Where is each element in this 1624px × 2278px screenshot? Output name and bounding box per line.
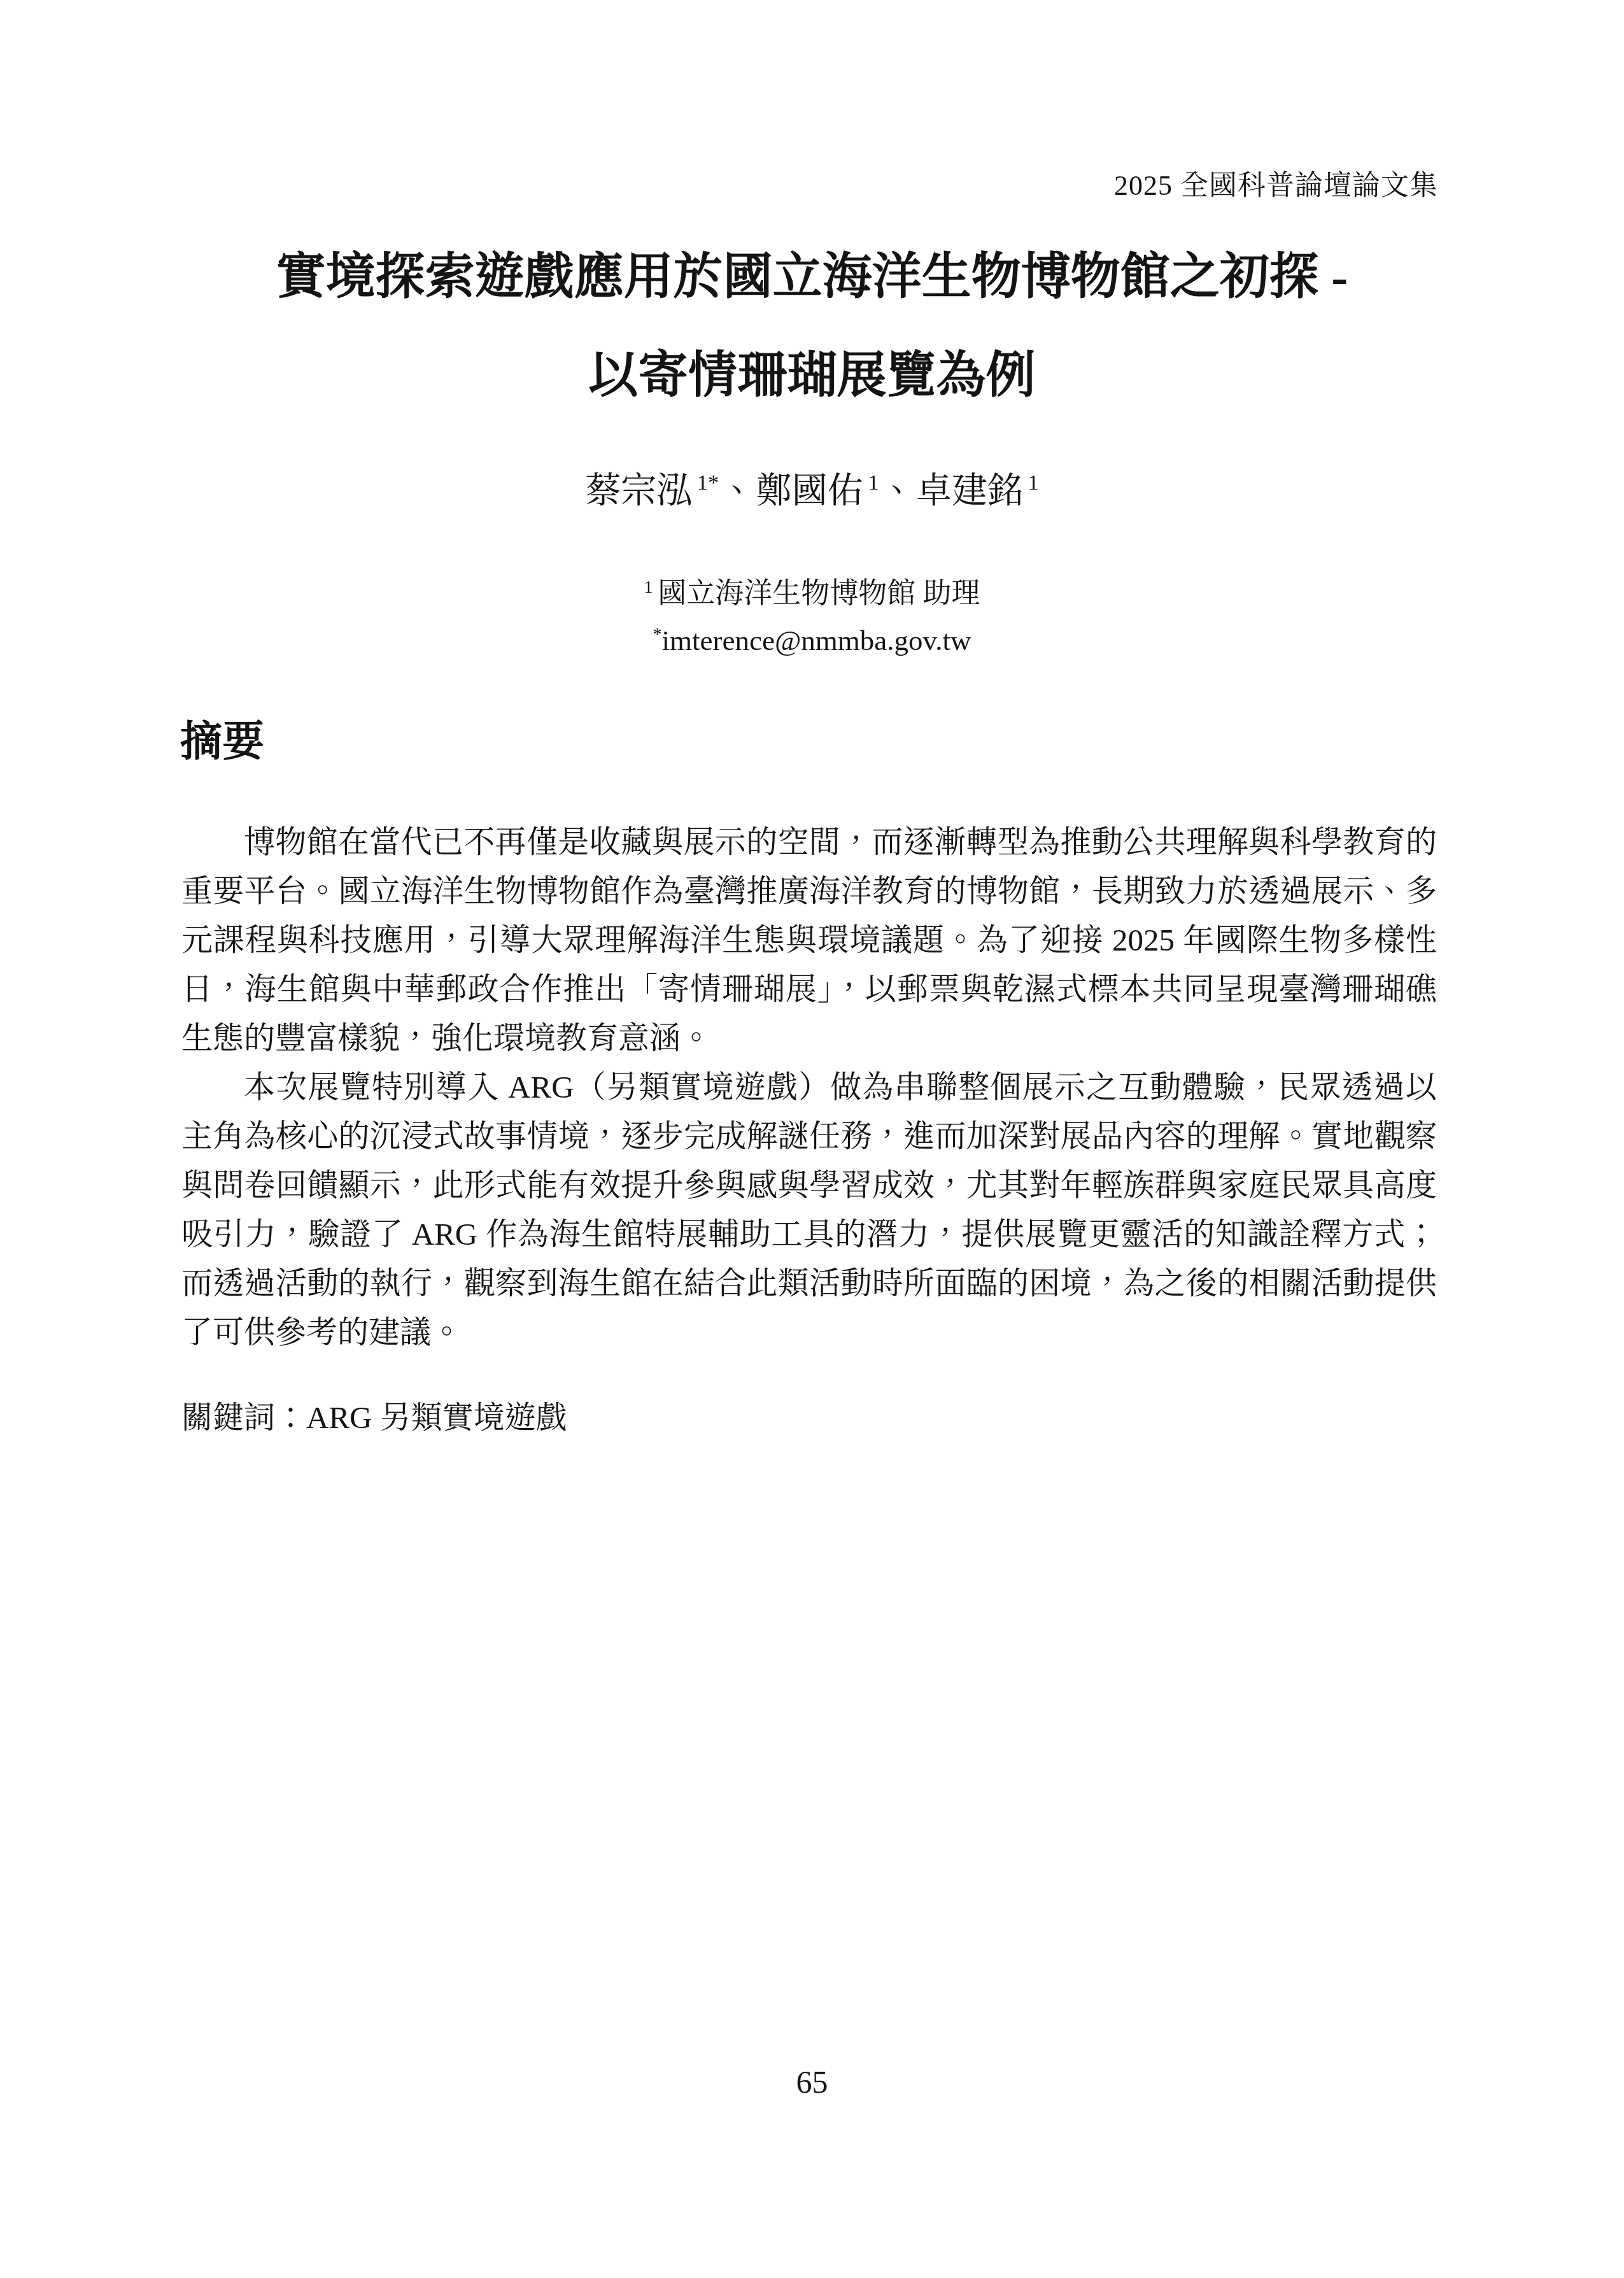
abstract-paragraph-2: 本次展覽特別導入 ARG（另類實境遊戲）做為串聯整個展示之互動體驗，民眾透過以主… (181, 1063, 1437, 1357)
author-3-name: 卓建銘 (916, 471, 1023, 511)
email-marker: * (653, 625, 662, 644)
author-3: 卓建銘1 (916, 471, 1039, 511)
paper-title-line-2: 以寄情珊瑚展覽為例 (0, 326, 1624, 425)
author-list: 蔡宗泓1*、鄭國佑1、卓建銘1 (0, 455, 1624, 518)
author-1: 蔡宗泓1* (585, 471, 719, 511)
affiliation-line: 1國立海洋生物博物館 助理 (0, 567, 1624, 614)
author-2-name: 鄭國佑 (756, 471, 863, 511)
keywords-line: 關鍵詞：ARG 另類實境遊戲 (181, 1393, 567, 1442)
keywords-label: 關鍵詞： (181, 1400, 306, 1435)
author-2-affiliation-marker: 1 (868, 470, 879, 495)
paper-title-line-1: 實境探索遊戲應用於國立海洋生物博物館之初探 - (0, 227, 1624, 326)
running-header: 2025 全國科普論壇論文集 (1114, 167, 1438, 205)
abstract-body: 博物館在當代已不再僅是收藏與展示的空間，而逐漸轉型為推動公共理解與科學教育的重要… (181, 817, 1437, 1357)
author-separator: 、 (720, 471, 756, 511)
document-page: 2025 全國科普論壇論文集 實境探索遊戲應用於國立海洋生物博物館之初探 - 以… (0, 0, 1624, 2278)
page-number: 65 (0, 2063, 1624, 2101)
author-1-name: 蔡宗泓 (585, 471, 692, 511)
paper-title: 實境探索遊戲應用於國立海洋生物博物館之初探 - 以寄情珊瑚展覽為例 (0, 227, 1624, 425)
abstract-paragraph-1: 博物館在當代已不再僅是收藏與展示的空間，而逐漸轉型為推動公共理解與科學教育的重要… (181, 817, 1437, 1063)
abstract-heading: 摘要 (180, 713, 264, 772)
author-2: 鄭國佑1 (756, 471, 879, 511)
keywords-value: ARG 另類實境遊戲 (306, 1400, 567, 1435)
contact-line: *imterence@nmmba.gov.tw (0, 614, 1624, 661)
author-separator: 、 (880, 471, 915, 511)
affiliation-text: 國立海洋生物博物館 助理 (658, 577, 980, 609)
affiliation-marker: 1 (644, 577, 653, 597)
author-3-affiliation-marker: 1 (1028, 470, 1039, 495)
proceedings-title: 2025 全國科普論壇論文集 (1114, 170, 1438, 201)
author-1-affiliation-marker: 1* (697, 470, 719, 495)
email-address: imterence@nmmba.gov.tw (662, 625, 971, 656)
